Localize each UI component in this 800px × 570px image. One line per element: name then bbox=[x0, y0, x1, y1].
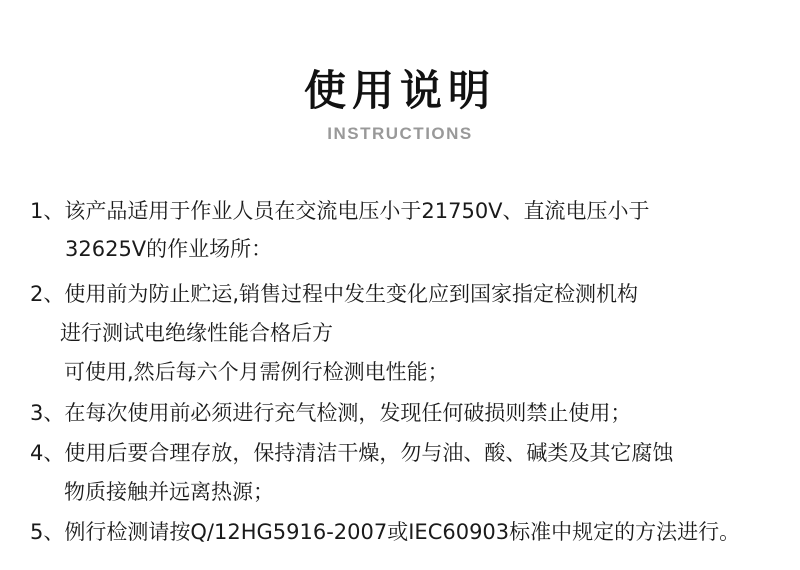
instruction-text: 可使用,然后每六个月需例行检测电性能； bbox=[64, 360, 449, 384]
instruction-number: 3、 bbox=[30, 398, 64, 428]
instruction-4-line-1: 4、使用后要合理存放，保持清洁干燥，勿与油、酸、碱类及其它腐蚀 bbox=[30, 438, 673, 468]
instruction-text: 该产品适用于作业人员在交流电压小于21750V、直流电压小于 bbox=[64, 199, 649, 223]
instruction-3-line-1: 3、在每次使用前必须进行充气检测，发现任何破损则禁止使用； bbox=[30, 398, 631, 428]
instruction-text: 在每次使用前必须进行充气检测，发现任何破损则禁止使用； bbox=[64, 401, 631, 425]
instruction-1-line-2: 32625V的作业场所： bbox=[65, 234, 272, 264]
instruction-text: 例行检测请按Q/12HG5916-2007或IEC60903标准中规定的方法进行… bbox=[64, 520, 740, 544]
instruction-text: 32625V的作业场所： bbox=[65, 237, 272, 261]
instruction-number: 5、 bbox=[30, 517, 64, 547]
instruction-1-line-1: 1、该产品适用于作业人员在交流电压小于21750V、直流电压小于 bbox=[30, 196, 650, 226]
instruction-4-line-2: 物质接触并远离热源； bbox=[64, 477, 274, 507]
instruction-number: 4、 bbox=[30, 438, 64, 468]
instruction-5-line-1: 5、例行检测请按Q/12HG5916-2007或IEC60903标准中规定的方法… bbox=[30, 517, 740, 547]
instruction-number: 2、 bbox=[30, 279, 64, 309]
instruction-2-line-3: 可使用,然后每六个月需例行检测电性能； bbox=[64, 357, 449, 387]
instruction-number: 1、 bbox=[30, 196, 64, 226]
instruction-text: 进行测试电绝缘性能合格后方 bbox=[60, 321, 333, 345]
instruction-2-line-1: 2、使用前为防止贮运,销售过程中发生变化应到国家指定检测机构 bbox=[30, 279, 638, 309]
instruction-text: 使用后要合理存放，保持清洁干燥，勿与油、酸、碱类及其它腐蚀 bbox=[64, 441, 673, 465]
page-title: 使用说明 bbox=[0, 64, 800, 118]
page-subtitle: INSTRUCTIONS bbox=[0, 123, 800, 145]
instruction-text: 使用前为防止贮运,销售过程中发生变化应到国家指定检测机构 bbox=[64, 282, 638, 306]
instruction-2-line-2: 进行测试电绝缘性能合格后方 bbox=[60, 318, 333, 348]
instruction-text: 物质接触并远离热源； bbox=[64, 480, 274, 504]
